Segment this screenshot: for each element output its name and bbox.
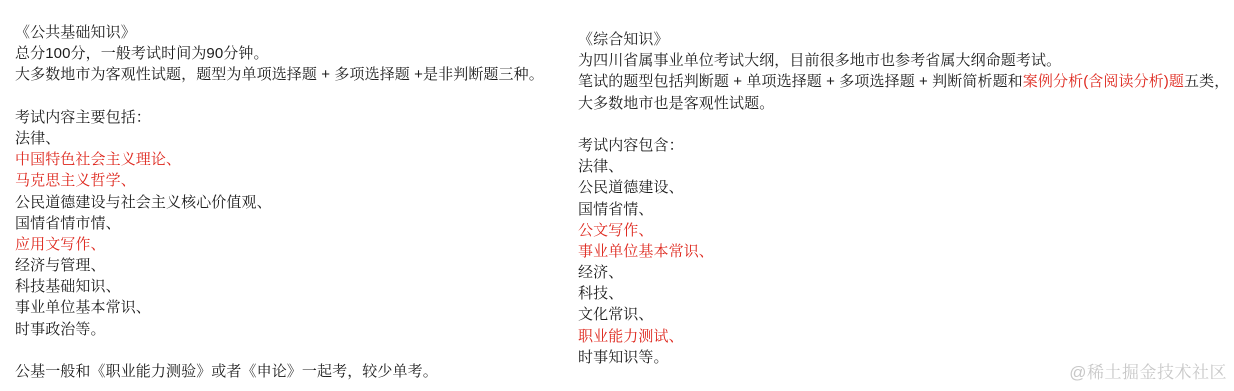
text-segment: 科技、 [578,285,623,302]
text-line: 职业能力测试、 [578,326,1229,347]
text-segment: 大多数地市为客观性试题，题型为单项选择题 + 多项选择题 +是非判断题三种。 [15,66,544,83]
text-line: 《综合知识》 [578,29,1229,50]
highlighted-text: 中国特色社会主义理论、 [15,151,181,168]
text-segment: 考试内容包含： [578,137,684,154]
highlighted-text: 职业能力测试、 [578,328,684,345]
text-segment: 公民道德建设与社会主义核心价值观、 [15,194,272,211]
text-line: 大多数地市为客观性试题，题型为单项选择题 + 多项选择题 +是非判断题三种。 [15,64,544,85]
text-line: 科技基础知识、 [15,276,544,297]
text-line: 《公共基础知识》 [15,22,544,43]
text-line: 中国特色社会主义理论、 [15,149,544,170]
text-segment: 经济与管理、 [15,257,106,274]
column-public-basic-knowledge: 《公共基础知识》总分100分，一般考试时间为90分钟。大多数地市为客观性试题，题… [15,22,544,382]
text-segment: 国情省情、 [578,201,654,218]
text-line: 应用文写作、 [15,234,544,255]
text-segment: 国情省情市情、 [15,215,121,232]
text-line: 国情省情市情、 [15,213,544,234]
text-line: 大多数地市也是客观性试题。 [578,93,1229,114]
text-line: 经济与管理、 [15,255,544,276]
text-segment: 五类， [1184,73,1229,90]
text-line: 经济、 [578,262,1229,283]
text-line: 公文写作、 [578,220,1229,241]
text-segment: 时事知识等。 [578,349,669,366]
text-segment: 《综合知识》 [578,31,669,48]
text-line: 公民道德建设、 [578,177,1229,198]
text-line: 国情省情、 [578,199,1229,220]
highlighted-text: 案例分析(含阅读分析)题 [1023,73,1184,90]
text-line: 法律、 [15,128,544,149]
text-line: 时事政治等。 [15,319,544,340]
column-comprehensive-knowledge: 《综合知识》为四川省属事业单位考试大纲，目前很多地市也参考省属大纲命题考试。笔试… [578,29,1229,368]
text-segment: 公基一般和《职业能力测验》或者《申论》一起考，较少单考。 [15,363,438,380]
text-line: 事业单位基本常识、 [578,241,1229,262]
text-segment: 大多数地市也是客观性试题。 [578,95,774,112]
text-segment: 法律、 [15,130,60,147]
text-line: 为四川省属事业单位考试大纲，目前很多地市也参考省属大纲命题考试。 [578,50,1229,71]
text-segment: 科技基础知识、 [15,278,121,295]
text-segment: 公民道德建设、 [578,179,684,196]
highlighted-text: 马克思主义哲学、 [15,172,136,189]
highlighted-text: 公文写作、 [578,222,654,239]
blank-line [578,114,1229,135]
text-line: 马克思主义哲学、 [15,170,544,191]
text-segment: 考试内容主要包括： [15,109,151,126]
text-segment: 总分100分，一般考试时间为90分钟。 [15,45,269,62]
text-segment: 《公共基础知识》 [15,24,136,41]
text-segment: 事业单位基本常识、 [15,299,151,316]
text-line: 科技、 [578,283,1229,304]
text-line: 公基一般和《职业能力测验》或者《申论》一起考，较少单考。 [15,361,544,382]
text-segment: 为四川省属事业单位考试大纲，目前很多地市也参考省属大纲命题考试。 [578,52,1061,69]
text-line: 法律、 [578,156,1229,177]
text-line: 文化常识、 [578,304,1229,325]
text-segment: 法律、 [578,158,623,175]
highlighted-text: 事业单位基本常识、 [578,243,714,260]
blank-line [15,340,544,361]
highlighted-text: 应用文写作、 [15,236,106,253]
text-segment: 时事政治等。 [15,321,106,338]
text-line: 笔试的题型包括判断题 + 单项选择题 + 多项选择题 + 判断简析题和案例分析(… [578,71,1229,92]
text-line: 总分100分，一般考试时间为90分钟。 [15,43,544,64]
blank-line [15,86,544,107]
watermark: @稀土掘金技术社区 [1069,358,1227,383]
text-segment: 经济、 [578,264,623,281]
text-line: 考试内容包含： [578,135,1229,156]
text-line: 公民道德建设与社会主义核心价值观、 [15,192,544,213]
text-line: 考试内容主要包括： [15,107,544,128]
text-segment: 文化常识、 [578,306,654,323]
text-segment: 笔试的题型包括判断题 + 单项选择题 + 多项选择题 + 判断简析题和 [578,73,1023,90]
text-line: 事业单位基本常识、 [15,297,544,318]
